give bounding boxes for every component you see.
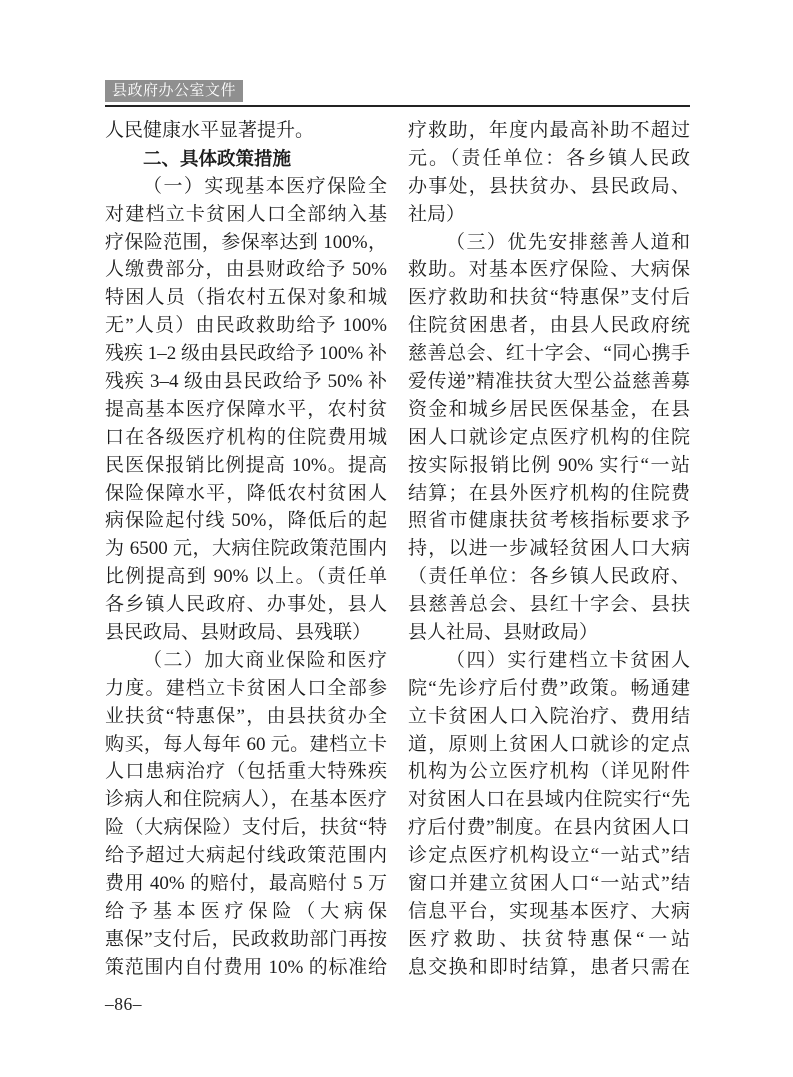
header-badge: 县政府办公室文件 [105, 80, 243, 102]
text-line: 力度。建档立卡贫困人口全部参加商 [105, 675, 387, 703]
text-line: 口在各级医疗机构的住院费用城乡居 [105, 424, 387, 452]
text-line: 立卡贫困人口入院治疗、费用结算通 [408, 703, 690, 731]
text-line: 惠保”支付后，民政救助部门再按政 [105, 926, 387, 954]
text-line: 医疗救助和扶贫“特惠保”支付后的 [408, 284, 690, 312]
text-line: 购买，每人每年 60 元。建档立卡贫困 [105, 731, 387, 759]
page-number: –86– [105, 994, 142, 1015]
text-line: 险（大病保险）支付后，扶贫“特惠保” [105, 814, 387, 842]
text-line: （责任单位：各乡镇人民政府、办事处， [408, 563, 690, 591]
left-column: 人民健康水平显著提升。二、具体政策措施（一）实现基本医疗保险全覆盖。对建档立卡贫… [105, 117, 387, 982]
text-line: 困人口就诊定点医疗机构的住院费用 [408, 424, 690, 452]
text-line: 残疾 3–4 级由县民政给予 50% 补助。 [105, 368, 387, 396]
text-line: 疗保险范围，参保率达到 100%，其个 [105, 229, 387, 257]
text-line: 给予基本医疗保险（大病保险）、“特 [105, 898, 387, 926]
text-line: 按实际报销比例 90% 实行“一站式” [408, 452, 690, 480]
text-line: 策范围内自付费用 10% 的标准给予医 [105, 954, 387, 982]
text-line: 院“先诊疗后付费”政策。畅通建档 [408, 675, 690, 703]
text-line: 信息平台，实现基本医疗、大病保险、 [408, 898, 690, 926]
text-line: 窗口并建立贫困人口“一站式”结算 [408, 870, 690, 898]
text-line: 疗后付费”制度。在县内贫困人口就 [408, 814, 690, 842]
text-line: 县慈善总会、县红十字会、县扶贫办、 [408, 591, 690, 619]
text-line: 县民政局、县财政局、县残联） [105, 619, 387, 647]
text-line: （一）实现基本医疗保险全覆盖。 [105, 173, 387, 201]
text-line: 残疾 1–2 级由县民政给予 100% 补助、 [105, 340, 387, 368]
text-line: 办事处，县扶贫办、县民政局、县人 [408, 173, 690, 201]
text-line: （四）实行建档立卡贫困人口住 [408, 647, 690, 675]
text-line: 人口患病治疗（包括重大特殊疾病门 [105, 758, 387, 786]
text-line: 民医保报销比例提高 10%。提高大病 [105, 452, 387, 480]
text-line: 病保险起付线 50%，降低后的起付线 [105, 507, 387, 535]
text-line: 无”人员）由民政救助给予 100% 补助， [105, 312, 387, 340]
text-line: 住院贫困患者，由县人民政府统筹县 [408, 312, 690, 340]
text-line: 特困人员（指农村五保对象和城市“三 [105, 284, 387, 312]
text-line: 为 6500 元，大病住院政策范围内报销 [105, 535, 387, 563]
text-line: 对建档立卡贫困人口全部纳入基本医 [105, 201, 387, 229]
right-column: 疗救助，年度内最高补助不超过 5000元。（责任单位：各乡镇人民政府、办事处，县… [408, 117, 690, 982]
text-line: 医疗救助、扶贫特惠保“一站式”信 [408, 926, 690, 954]
text-line: 息交换和即时结算，患者只需在出院 [408, 954, 690, 982]
text-line: 结算；在县外医疗机构的住院费用按 [408, 480, 690, 508]
text-line: 比例提高到 90% 以上。（责任单位： [105, 563, 387, 591]
text-line: 疗救助，年度内最高补助不超过 5000 [408, 117, 690, 145]
two-column-body: 人民健康水平显著提升。二、具体政策措施（一）实现基本医疗保险全覆盖。对建档立卡贫… [105, 117, 690, 982]
text-line: 二、具体政策措施 [105, 145, 387, 173]
text-line: 保险保障水平，降低农村贫困人口大 [105, 480, 387, 508]
text-line: 持，以进一步减轻贫困人口大病负担。 [408, 535, 690, 563]
text-line: 诊病人和住院病人），在基本医疗保 [105, 786, 387, 814]
text-line: 费用 40% 的赔付，最高赔付 5 万元。 [105, 870, 387, 898]
text-line: （三）优先安排慈善人道和兜底 [408, 229, 690, 257]
text-line: 爱传递”精准扶贫大型公益慈善募捐 [408, 368, 690, 396]
text-line: 各乡镇人民政府、办事处，县人社局、 [105, 591, 387, 619]
text-line: 给予超过大病起付线政策范围内自负 [105, 842, 387, 870]
text-line: 人民健康水平显著提升。 [105, 117, 387, 145]
text-line: 机构为公立医疗机构（详见附件 3）， [408, 758, 690, 786]
text-line: 社局） [408, 201, 690, 229]
text-line: 元。（责任单位：各乡镇人民政府、 [408, 145, 690, 173]
text-line: 诊定点医疗机构设立“一站式”结算 [408, 842, 690, 870]
text-line: （二）加大商业保险和医疗救助 [105, 647, 387, 675]
text-line: 提高基本医疗保障水平，农村贫困人 [105, 396, 387, 424]
text-line: 资金和城乡居民医保基金，在县内贫 [408, 396, 690, 424]
document-page: { "document": { "header": { "badge_label… [0, 0, 793, 1077]
text-line: 县人社局、县财政局） [408, 619, 690, 647]
text-line: 慈善总会、红十字会、“同心携手 为 [408, 340, 690, 368]
text-line: 道，原则上贫困人口就诊的定点医疗 [408, 731, 690, 759]
text-line: 照省市健康扶贫考核指标要求予以支 [408, 507, 690, 535]
header-rule [105, 105, 690, 107]
text-line: 对贫困人口在县域内住院实行“先诊 [408, 786, 690, 814]
text-line: 人缴费部分，由县财政给予 50% 补助； [105, 256, 387, 284]
text-line: 救助。对基本医疗保险、大病保险、 [408, 256, 690, 284]
text-line: 业扶贫“特惠保”，由县扶贫办全额 [105, 703, 387, 731]
